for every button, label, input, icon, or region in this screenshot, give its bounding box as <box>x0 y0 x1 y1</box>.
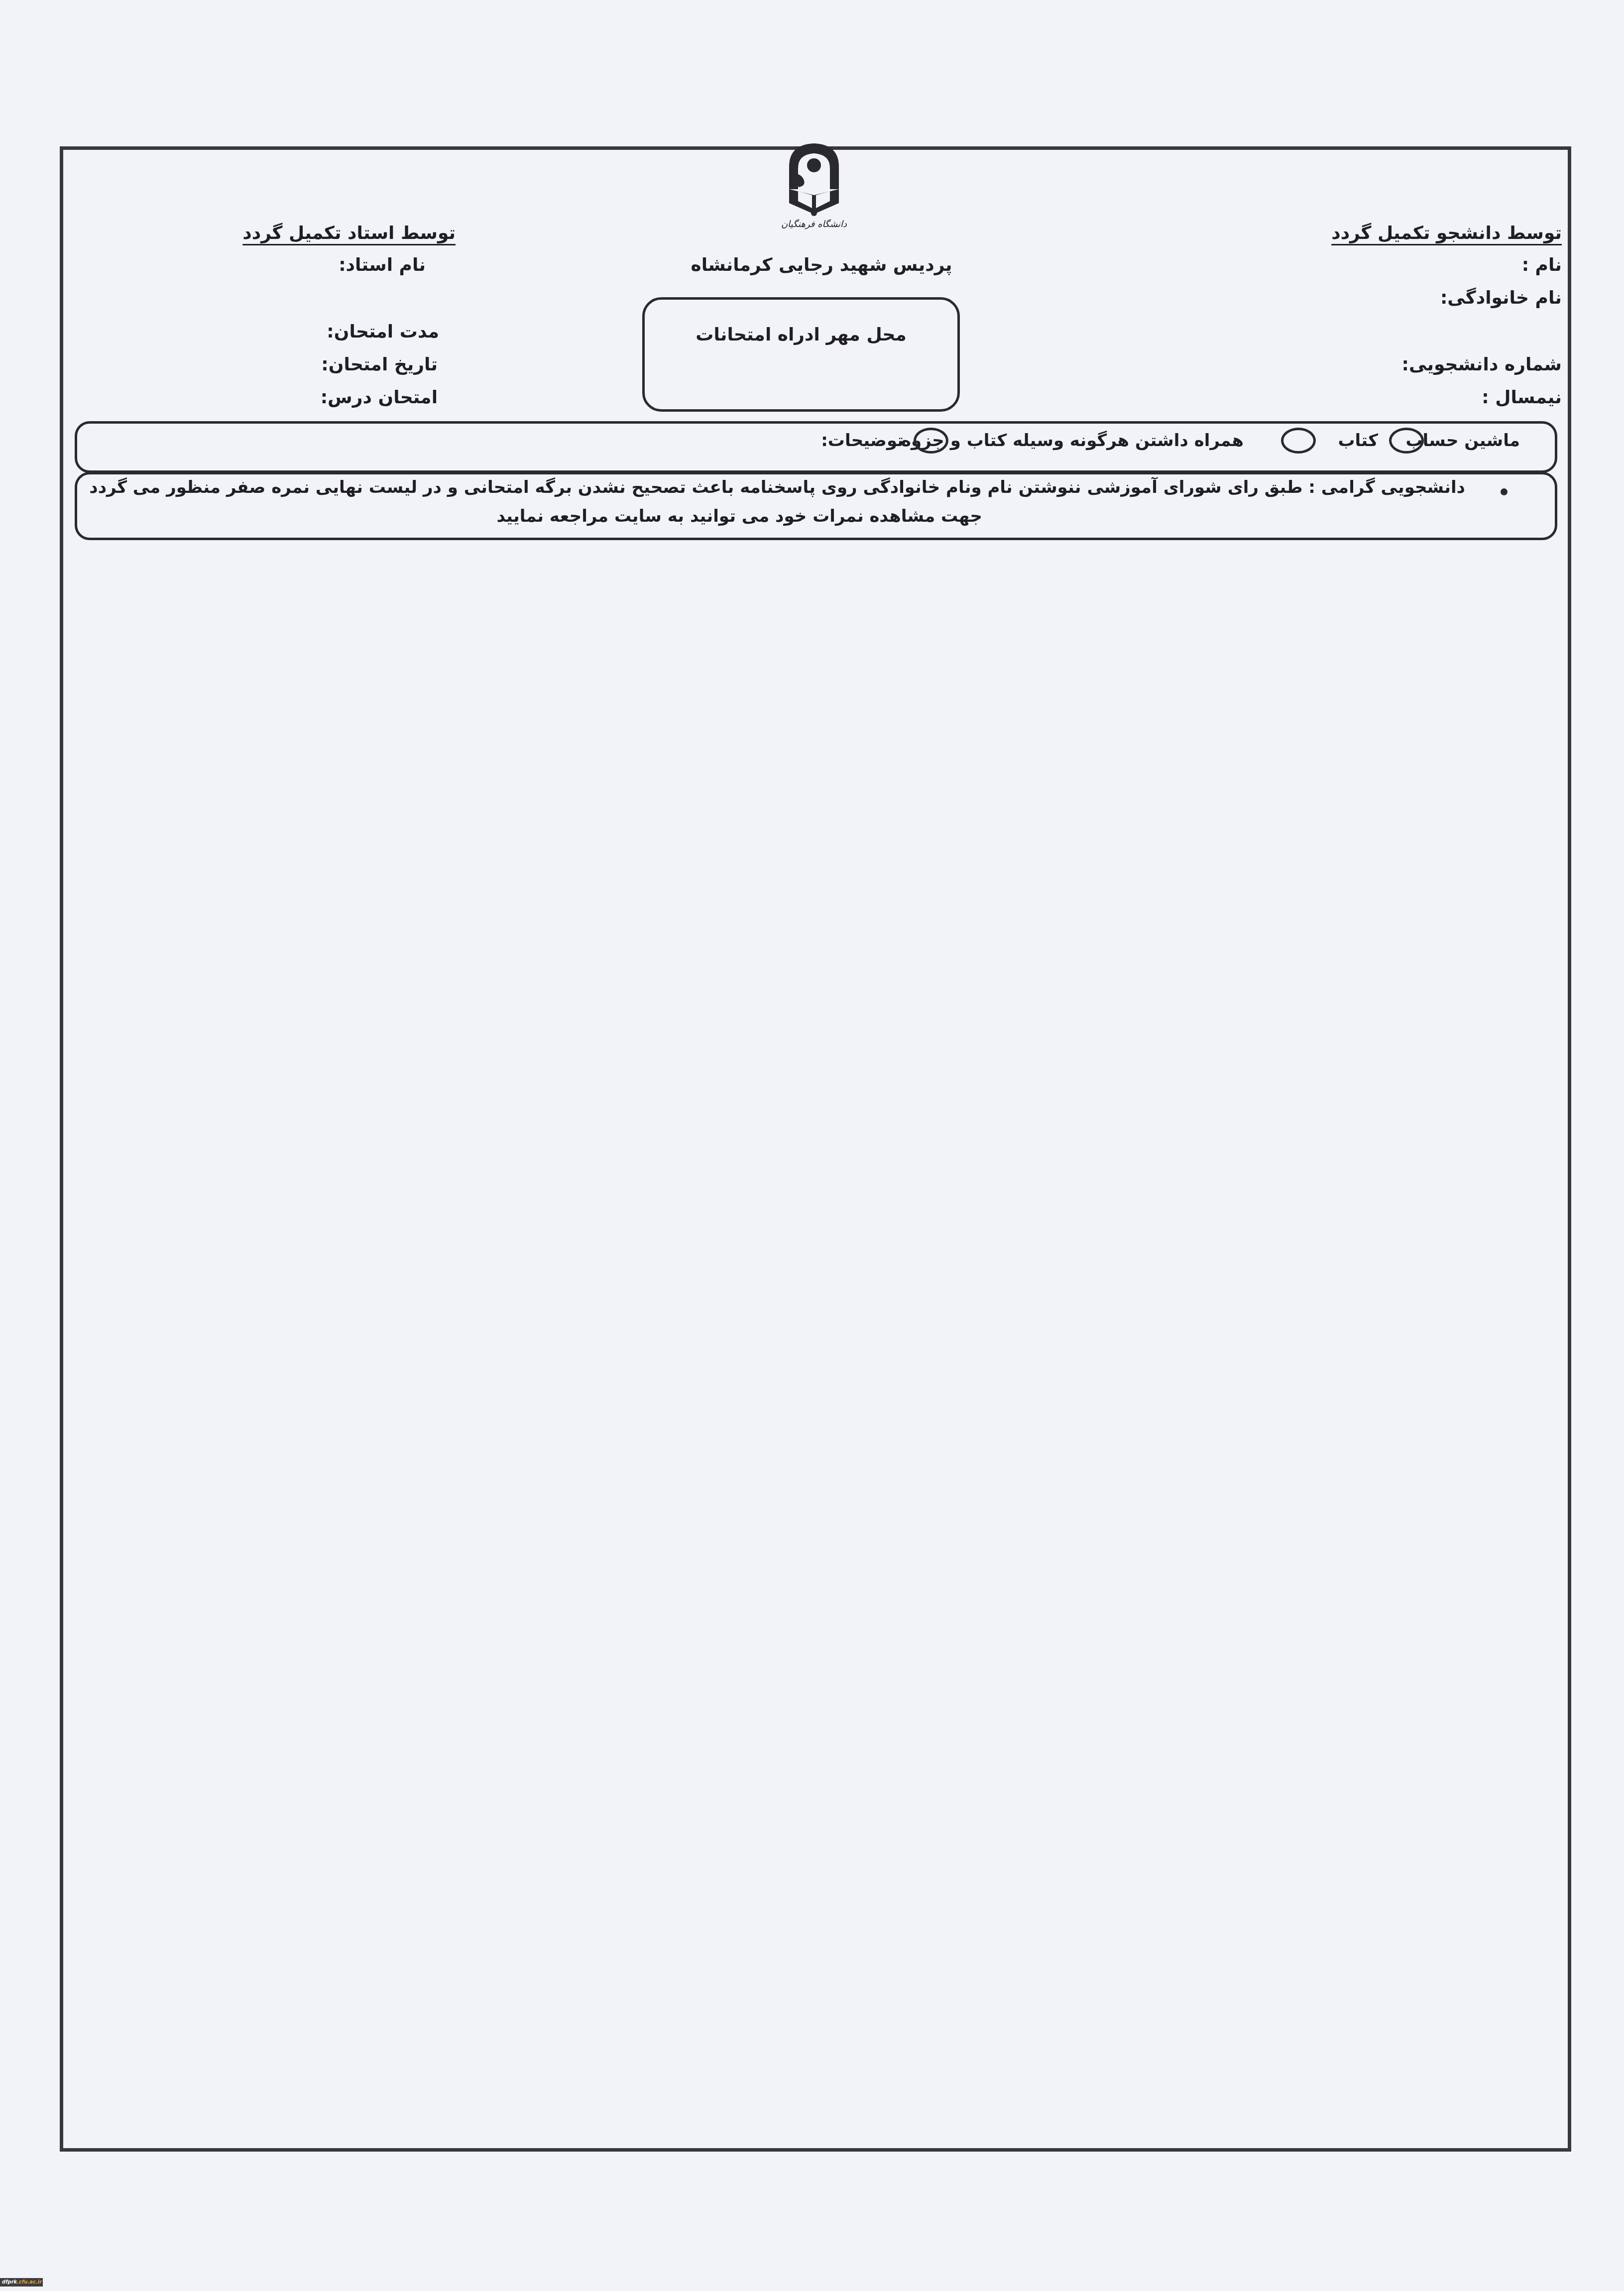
university-emblem-icon: دانشگاه فرهنگیان <box>779 139 849 239</box>
exam-office-stamp-box: محل مهر ادراه امتحانات <box>642 297 960 412</box>
notice-box: دانشجویی گرامی : طبق رای شورای آموزشی نن… <box>75 472 1557 540</box>
exam-date-field[interactable]: تاریخ امتحان: <box>321 354 438 375</box>
first-name-field[interactable]: نام : <box>1522 255 1562 275</box>
stamp-box-label: محل مهر ادراه امتحانات <box>645 325 957 345</box>
student-number-field[interactable]: شماره دانشجویی: <box>1402 354 1562 375</box>
option-book-checkbox[interactable] <box>1281 428 1316 454</box>
logo-caption: دانشگاه فرهنگیان <box>769 219 859 229</box>
option-all-materials-checkbox[interactable] <box>914 428 948 454</box>
campus-title: پردیس شهید رجایی کرمانشاه <box>647 255 996 275</box>
option-all-materials-label: همراه داشتن هرگونه وسیله کتاب و جزوه <box>901 431 1244 451</box>
notes-label: توضیحات: <box>821 431 904 451</box>
watermark-suffix: .cfu.ac.ir <box>17 2280 42 2285</box>
site-watermark: dfprk.cfu.ac.ir <box>0 2278 43 2287</box>
instructor-name-field[interactable]: نام استاد: <box>339 255 426 275</box>
last-name-field[interactable]: نام خانوادگی: <box>1440 288 1562 308</box>
exam-duration-field[interactable]: مدت امتحان: <box>327 322 439 342</box>
instructor-section-heading: توسط استاد تکمیل گردد <box>242 223 456 243</box>
semester-field[interactable]: نیمسال : <box>1482 387 1562 408</box>
notice-line-2: جهت مشاهده نمرات خود می توانید به سایت م… <box>496 506 982 526</box>
bullet-icon <box>1501 488 1508 495</box>
course-exam-field[interactable]: امتحان درس: <box>321 387 438 408</box>
option-calculator-checkbox[interactable] <box>1389 428 1424 454</box>
allowed-materials-row: ماشین حساب کتاب همراه داشتن هرگونه وسیله… <box>75 421 1557 473</box>
watermark-prefix: dfprk <box>2 2280 17 2285</box>
student-section-heading: توسط دانشجو تکمیل گردد <box>1331 223 1562 243</box>
notice-line-1: دانشجویی گرامی : طبق رای شورای آموزشی نن… <box>89 477 1465 497</box>
option-book-label: کتاب <box>1338 431 1378 451</box>
